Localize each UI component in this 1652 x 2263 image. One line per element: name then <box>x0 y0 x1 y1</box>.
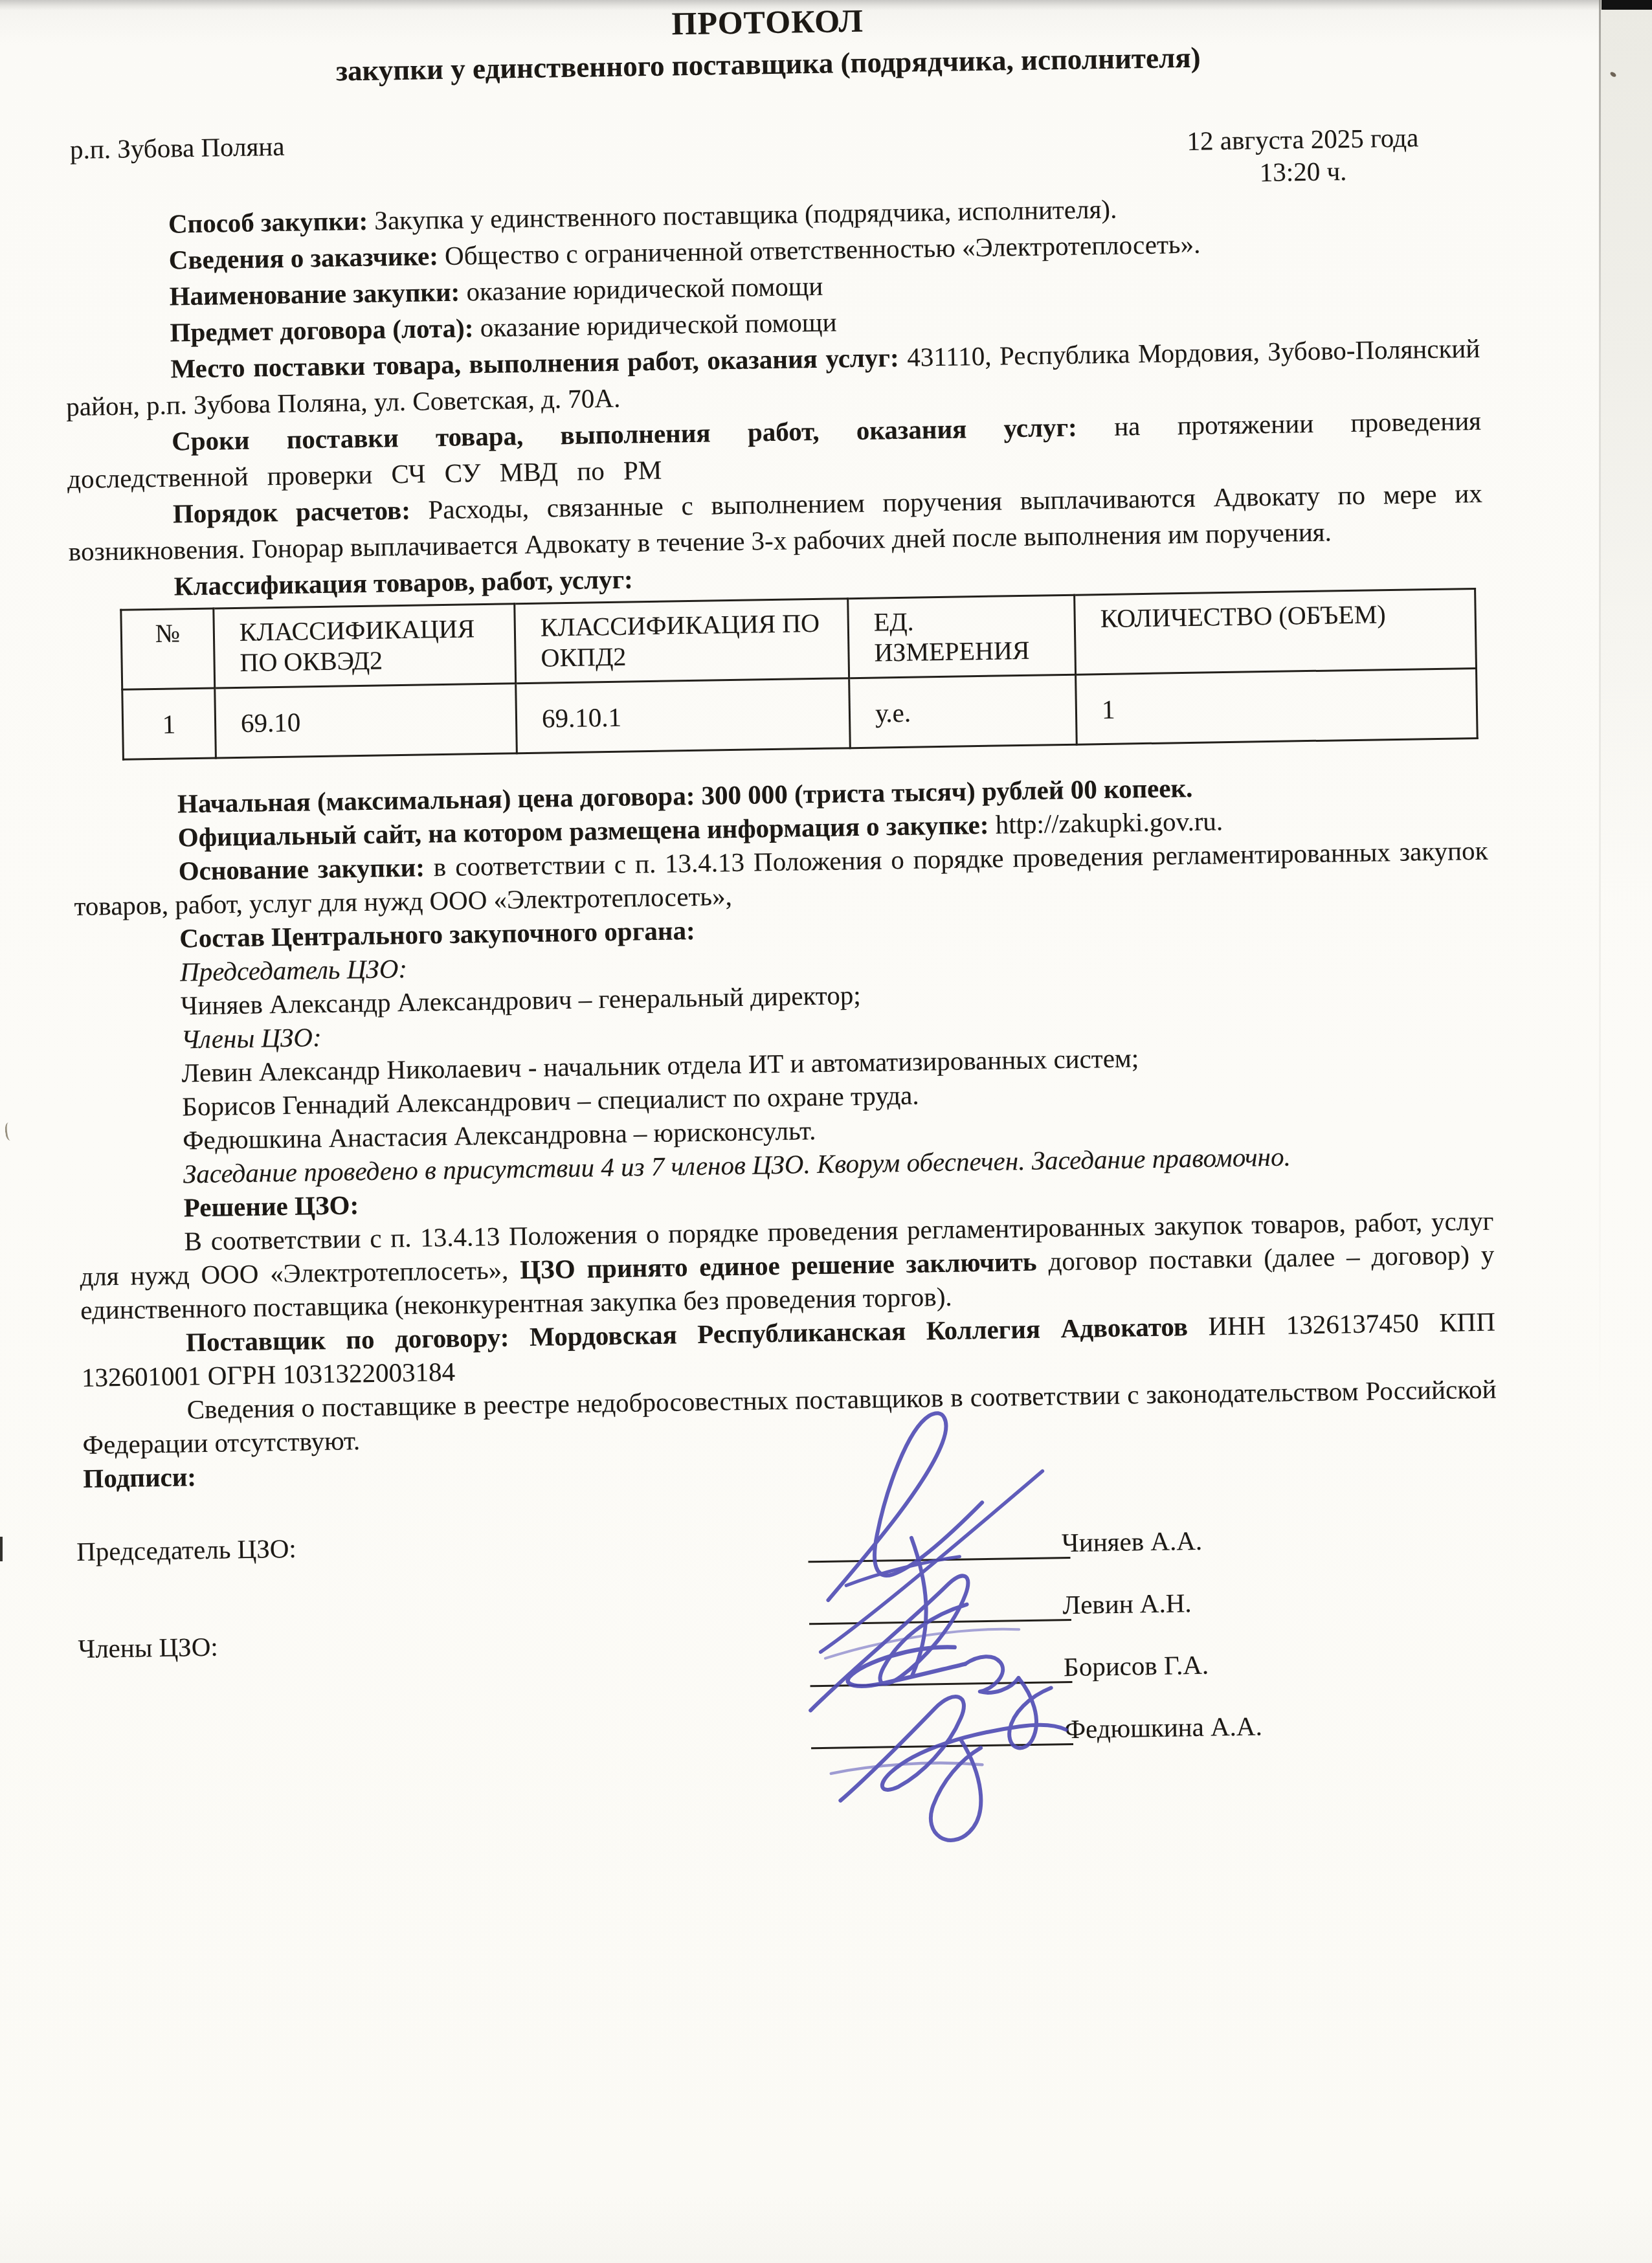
signature-line <box>810 1681 1073 1687</box>
signature-line <box>811 1743 1073 1749</box>
table-cell-okpd2: 69.10.1 <box>516 678 851 753</box>
table-header-number: № <box>121 608 215 689</box>
table-header-okpd2: КЛАССИФИКАЦИЯ ПО ОКПД2 <box>515 599 849 684</box>
signature-role-chairman: Председатель ЦЗО: <box>76 1532 296 1568</box>
settlement-name: р.п. Зубова Поляна <box>62 130 285 201</box>
scan-left-edge-mark <box>0 1537 3 1561</box>
table-cell-quantity: 1 <box>1076 668 1478 744</box>
protocol-date: 12 августа 2025 года <box>1187 121 1418 157</box>
document-body: ПРОТОКОЛ закупки у единственного поставщ… <box>0 0 1652 1911</box>
table-header-okved2: КЛАССИФИКАЦИЯ ПО ОКВЭД2 <box>214 604 516 688</box>
table-header-quantity: КОЛИЧЕСТВО (ОБЪЕМ) <box>1075 588 1477 674</box>
classification-table: № КЛАССИФИКАЦИЯ ПО ОКВЭД2 КЛАССИФИКАЦИЯ … <box>120 588 1478 761</box>
terms-and-decision-section: Начальная (максимальная) цена договора: … <box>73 766 1504 1910</box>
signature-name-fedyushkina: Федюшкина А.А. <box>1064 1710 1262 1745</box>
scanned-protocol-page: ПРОТОКОЛ закупки у единственного поставщ… <box>0 0 1652 2263</box>
table-cell-okved2: 69.10 <box>215 684 517 758</box>
signature-name-levin: Левин А.Н. <box>1062 1587 1192 1621</box>
signature-ink-borisov <box>847 1645 1052 1751</box>
table-cell-number: 1 <box>122 688 216 759</box>
signature-line <box>809 1557 1071 1563</box>
signature-name-borisov: Борисов Г.А. <box>1064 1649 1209 1684</box>
signature-role-members: Члены ЦЗО: <box>78 1631 218 1665</box>
signature-name-chinyaev: Чиняев А.А. <box>1062 1524 1203 1559</box>
place-and-date-row: р.п. Зубова Поляна 12 августа 2025 года … <box>62 111 1477 201</box>
procurement-details-section: Способ закупки: Закупка у единственного … <box>63 185 1484 606</box>
protocol-time: 13:20 ч. <box>1187 153 1419 190</box>
signature-line <box>809 1619 1071 1625</box>
signature-block: Председатель ЦЗО: Члены ЦЗО: Чиняев А.А.… <box>84 1473 1504 1910</box>
signature-ink-fedyushkina <box>830 1695 1067 1842</box>
table-header-unit: ЕД. ИЗМЕРЕНИЯ <box>848 595 1076 678</box>
date-time-block: 12 августа 2025 года 13:20 ч. <box>1187 121 1419 183</box>
table-cell-unit: у.е. <box>849 674 1077 748</box>
